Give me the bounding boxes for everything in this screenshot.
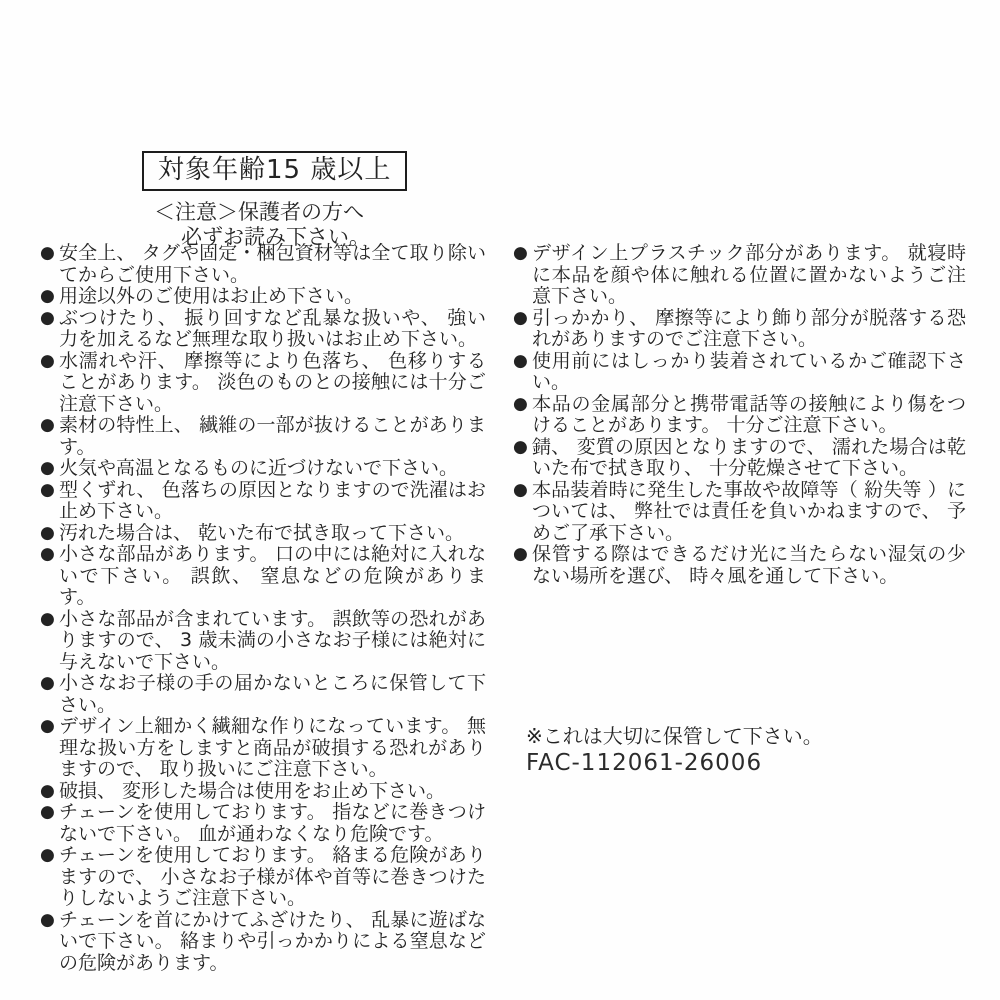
caution-sheet: 対象年齢15 歳以上 ＜注意＞保護者の方へ 必ずお読み下さい。 ●安全上、 タグ… bbox=[0, 0, 1000, 1000]
bullet-icon: ● bbox=[513, 437, 528, 459]
product-code: FAC-112061-26006 bbox=[526, 749, 823, 777]
age-limit-box: 対象年齢15 歳以上 bbox=[142, 151, 407, 191]
warning-text: 型くずれ、 色落ちの原因となりますので洗濯はお止め下さい。 bbox=[59, 479, 486, 523]
bullet-icon: ● bbox=[40, 716, 55, 738]
warning-text: チェーンを使用しております。 指などに巻きつけないで下さい。 血が通わなくなり危… bbox=[59, 801, 486, 845]
bullet-icon: ● bbox=[40, 523, 55, 545]
bullet-icon: ● bbox=[40, 243, 55, 265]
warning-text: 破損、 変形した場合は使用をお止め下さい。 bbox=[59, 780, 445, 802]
bullet-icon: ● bbox=[40, 845, 55, 867]
bullet-icon: ● bbox=[40, 609, 55, 631]
notice-title: ＜注意＞保護者の方へ bbox=[154, 200, 364, 224]
warning-item: ●小さな部品があります。 口の中には絶対に入れないで下さい。 誤飲、 窒息などの… bbox=[41, 544, 486, 609]
warning-item: ●引っかかり、 摩擦等により飾り部分が脱落する恐れがありますのでご注意下さい。 bbox=[514, 308, 966, 351]
warnings-left-column: ●安全上、 タグや固定・梱包資材等は全て取り除いてからご使用下さい。●用途以外の… bbox=[41, 243, 486, 974]
bullet-icon: ● bbox=[40, 458, 55, 480]
warning-text: 用途以外のご使用はお止め下さい。 bbox=[59, 285, 363, 307]
warning-item: ●破損、 変形した場合は使用をお止め下さい。 bbox=[41, 781, 486, 803]
bullet-icon: ● bbox=[40, 781, 55, 803]
warning-text: 小さな部品があります。 口の中には絶対に入れないで下さい。 誤飲、 窒息などの危… bbox=[59, 543, 486, 608]
warning-item: ●素材の特性上、 繊維の一部が抜けることがあります。 bbox=[41, 415, 486, 458]
bullet-icon: ● bbox=[40, 286, 55, 308]
warning-text: 汚れた場合は、 乾いた布で拭き取って下さい。 bbox=[59, 522, 464, 544]
warning-item: ●デザイン上プラスチック部分があります。 就寝時に本品を顔や体に触れる位置に置か… bbox=[514, 243, 966, 308]
bullet-icon: ● bbox=[513, 351, 528, 373]
warning-item: ●小さなお子様の手の届かないところに保管して下さい。 bbox=[41, 673, 486, 716]
warning-text: 本品の金属部分と携帯電話等の接触により傷をつけることがあります。 十分ご注意下さ… bbox=[532, 393, 966, 437]
warning-item: ●汚れた場合は、 乾いた布で拭き取って下さい。 bbox=[41, 523, 486, 545]
warning-text: チェーンを使用しております。 絡まる危険がありますので、 小さなお子様が体や首等… bbox=[59, 844, 486, 909]
warning-text: ぶつけたり、 振り回すなど乱暴な扱いや、 強い力を加えるなど無理な取り扱いはお止… bbox=[59, 307, 486, 351]
warning-item: ●使用前にはしっかり装着されているかご確認下さい。 bbox=[514, 351, 966, 394]
warning-text: 保管する際はできるだけ光に当たらない湿気の少ない場所を選び、 時々風を通して下さ… bbox=[532, 543, 966, 587]
bullet-icon: ● bbox=[40, 802, 55, 824]
warning-text: 安全上、 タグや固定・梱包資材等は全て取り除いてからご使用下さい。 bbox=[59, 242, 486, 286]
warning-text: 小さな部品が含まれています。 誤飲等の恐れがありますので、 3 歳未満の小さなお… bbox=[59, 608, 486, 673]
warning-item: ●水濡れや汗、 摩擦等により色落ち、 色移りすることがあります。 淡色のものとの… bbox=[41, 351, 486, 416]
warning-item: ●チェーンを使用しております。 指などに巻きつけないで下さい。 血が通わなくなり… bbox=[41, 802, 486, 845]
bullet-icon: ● bbox=[513, 544, 528, 566]
bullet-icon: ● bbox=[513, 308, 528, 330]
bullet-icon: ● bbox=[513, 480, 528, 502]
warning-text: 引っかかり、 摩擦等により飾り部分が脱落する恐れがありますのでご注意下さい。 bbox=[532, 307, 966, 351]
warning-text: チェーンを首にかけてふざけたり、 乱暴に遊ばないで下さい。 絡まりや引っかかりに… bbox=[59, 909, 486, 974]
warning-text: 火気や高温となるものに近づけないで下さい。 bbox=[59, 457, 458, 479]
warning-item: ●本品の金属部分と携帯電話等の接触により傷をつけることがあります。 十分ご注意下… bbox=[514, 394, 966, 437]
warnings-right-column: ●デザイン上プラスチック部分があります。 就寝時に本品を顔や体に触れる位置に置か… bbox=[514, 243, 966, 587]
warning-text: デザイン上プラスチック部分があります。 就寝時に本品を顔や体に触れる位置に置かな… bbox=[532, 242, 966, 307]
bullet-icon: ● bbox=[40, 544, 55, 566]
bullet-icon: ● bbox=[40, 673, 55, 695]
bullet-icon: ● bbox=[40, 415, 55, 437]
bullet-icon: ● bbox=[40, 308, 55, 330]
footer-note-block: ※これは大切に保管して下さい。 FAC-112061-26006 bbox=[526, 723, 823, 777]
warning-text: 本品装着時に発生した事故や故障等（ 紛失等 ）については、 弊社では責任を負いか… bbox=[532, 479, 966, 544]
bullet-icon: ● bbox=[40, 480, 55, 502]
bullet-icon: ● bbox=[40, 351, 55, 373]
warning-item: ●用途以外のご使用はお止め下さい。 bbox=[41, 286, 486, 308]
warning-text: デザイン上細かく繊細な作りになっています。 無理な扱い方をしますと商品が破損する… bbox=[59, 715, 486, 780]
warning-item: ●錆、 変質の原因となりますので、 濡れた場合は乾いた布で拭き取り、 十分乾燥さ… bbox=[514, 437, 966, 480]
warning-item: ●ぶつけたり、 振り回すなど乱暴な扱いや、 強い力を加えるなど無理な取り扱いはお… bbox=[41, 308, 486, 351]
warning-text: 小さなお子様の手の届かないところに保管して下さい。 bbox=[59, 672, 486, 716]
warning-item: ●チェーンを首にかけてふざけたり、 乱暴に遊ばないで下さい。 絡まりや引っかかり… bbox=[41, 910, 486, 975]
warning-item: ●小さな部品が含まれています。 誤飲等の恐れがありますので、 3 歳未満の小さな… bbox=[41, 609, 486, 674]
age-limit-label: 対象年齢15 歳以上 bbox=[158, 155, 391, 185]
warning-text: 錆、 変質の原因となりますので、 濡れた場合は乾いた布で拭き取り、 十分乾燥させ… bbox=[532, 436, 966, 480]
bullet-icon: ● bbox=[513, 394, 528, 416]
keep-note: ※これは大切に保管して下さい。 bbox=[526, 723, 823, 749]
bullet-icon: ● bbox=[513, 243, 528, 265]
bullet-icon: ● bbox=[40, 910, 55, 932]
warning-text: 素材の特性上、 繊維の一部が抜けることがあります。 bbox=[59, 414, 486, 458]
warning-item: ●保管する際はできるだけ光に当たらない湿気の少ない場所を選び、 時々風を通して下… bbox=[514, 544, 966, 587]
warning-item: ●本品装着時に発生した事故や故障等（ 紛失等 ）については、 弊社では責任を負い… bbox=[514, 480, 966, 545]
warning-item: ●火気や高温となるものに近づけないで下さい。 bbox=[41, 458, 486, 480]
warning-item: ●デザイン上細かく繊細な作りになっています。 無理な扱い方をしますと商品が破損す… bbox=[41, 716, 486, 781]
warning-item: ●型くずれ、 色落ちの原因となりますので洗濯はお止め下さい。 bbox=[41, 480, 486, 523]
warning-text: 使用前にはしっかり装着されているかご確認下さい。 bbox=[532, 350, 966, 394]
warning-item: ●チェーンを使用しております。 絡まる危険がありますので、 小さなお子様が体や首… bbox=[41, 845, 486, 910]
warning-text: 水濡れや汗、 摩擦等により色落ち、 色移りすることがあります。 淡色のものとの接… bbox=[59, 350, 486, 415]
warning-item: ●安全上、 タグや固定・梱包資材等は全て取り除いてからご使用下さい。 bbox=[41, 243, 486, 286]
